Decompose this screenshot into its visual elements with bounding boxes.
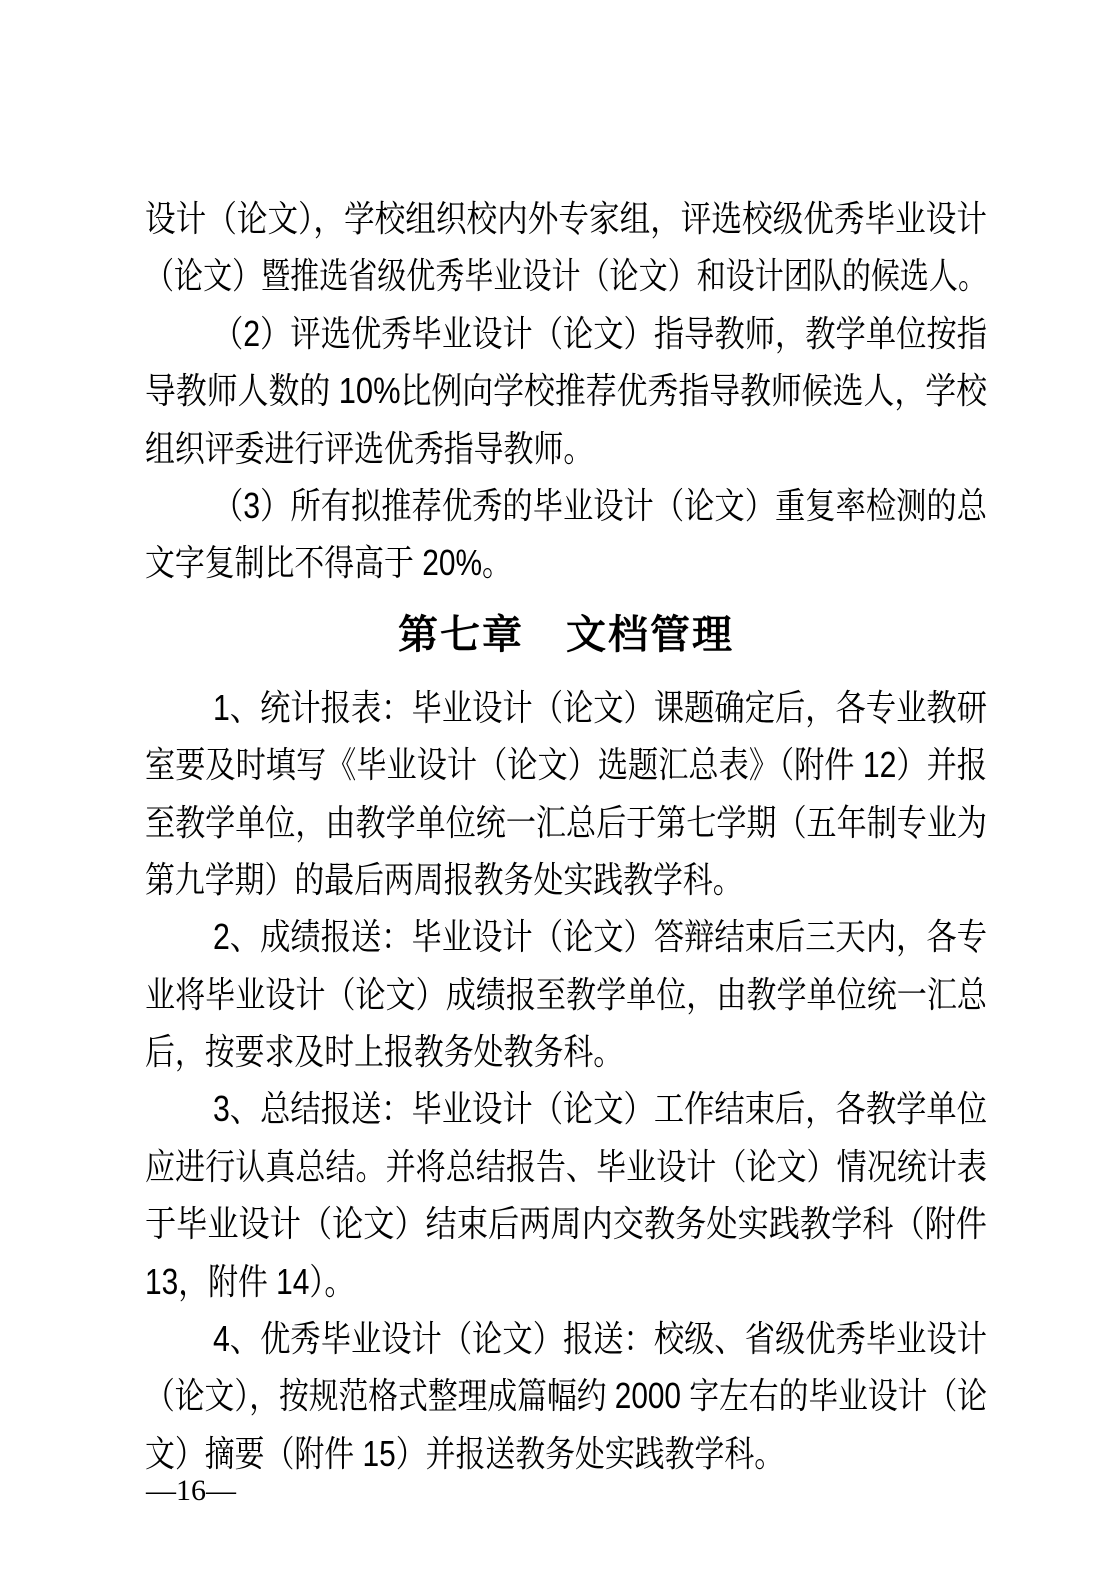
text-line-text: 1、统计报表：毕业设计（论文）课题确定后，各专业教研 [213, 679, 987, 736]
text-line: 文）摘要（附件 15）并报送教务处实践教学科。 [145, 1425, 987, 1482]
text-line-text: （论文），按规范格式整理成篇幅约 2000 字左右的毕业设计（论 [145, 1367, 987, 1424]
chapter-heading: 第七章 文档管理 [145, 605, 987, 665]
text-line-text: 3、总结报送：毕业设计（论文）工作结束后，各教学单位 [213, 1080, 987, 1137]
text-line-text: 导教师人数的 10%比例向学校推荐优秀指导教师候选人，学校 [145, 362, 987, 419]
text-line-text: 业将毕业设计（论文）成绩报至教学单位，由教学单位统一汇总 [145, 966, 987, 1023]
text-line-text: （2）评选优秀毕业设计（论文）指导教师，教学单位按指 [213, 305, 987, 362]
text-line: 文字复制比不得高于 20%。 [145, 534, 987, 591]
text-line-text: 组织评委进行评选优秀指导教师。 [145, 420, 593, 477]
text-line: 设计（论文），学校组织校内外专家组，评选校级优秀毕业设计 [145, 190, 987, 247]
text-line-text: 后，按要求及时上报教务处教务科。 [145, 1023, 623, 1080]
text-line: 组织评委进行评选优秀指导教师。 [145, 420, 987, 477]
text-line: 业将毕业设计（论文）成绩报至教学单位，由教学单位统一汇总 [145, 966, 987, 1023]
document-body: 设计（论文），学校组织校内外专家组，评选校级优秀毕业设计 （论文）暨推选省级优秀… [145, 190, 987, 1482]
text-line: 于毕业设计（论文）结束后两周内交教务处实践教学科（附件 [145, 1195, 987, 1252]
text-line-text: 文字复制比不得高于 20%。 [145, 534, 512, 591]
text-line: 4、优秀毕业设计（论文）报送：校级、省级优秀毕业设计 [145, 1310, 987, 1367]
text-line: （3）所有拟推荐优秀的毕业设计（论文）重复率检测的总 [145, 477, 987, 534]
text-line: （论文）暨推选省级优秀毕业设计（论文）和设计团队的候选人。 [145, 247, 987, 304]
text-line-text: 13，附件 14）。 [145, 1253, 354, 1310]
text-line-text: 4、优秀毕业设计（论文）报送：校级、省级优秀毕业设计 [213, 1310, 987, 1367]
text-line: （2）评选优秀毕业设计（论文）指导教师，教学单位按指 [145, 305, 987, 362]
text-line: 导教师人数的 10%比例向学校推荐优秀指导教师候选人，学校 [145, 362, 987, 419]
text-line: 至教学单位，由教学单位统一汇总后于第七学期（五年制专业为 [145, 794, 987, 851]
text-line-text: 设计（论文），学校组织校内外专家组，评选校级优秀毕业设计 [145, 190, 987, 247]
text-line: 1、统计报表：毕业设计（论文）课题确定后，各专业教研 [145, 679, 987, 736]
text-line-text: 文）摘要（附件 15）并报送教务处实践教学科。 [145, 1425, 784, 1482]
text-line: 2、成绩报送：毕业设计（论文）答辩结束后三天内，各专 [145, 908, 987, 965]
text-line-text: 第九学期）的最后两周报教务处实践教学科。 [145, 851, 743, 908]
text-line: 13，附件 14）。 [145, 1253, 987, 1310]
text-line: 3、总结报送：毕业设计（论文）工作结束后，各教学单位 [145, 1080, 987, 1137]
text-line-text: 2、成绩报送：毕业设计（论文）答辩结束后三天内，各专 [213, 908, 987, 965]
text-line-text: 至教学单位，由教学单位统一汇总后于第七学期（五年制专业为 [145, 794, 987, 851]
text-line: 后，按要求及时上报教务处教务科。 [145, 1023, 987, 1080]
text-line-text: （论文）暨推选省级优秀毕业设计（论文）和设计团队的候选人。 [145, 247, 987, 304]
page-number: —16— [146, 1474, 236, 1508]
text-line: 应进行认真总结。并将总结报告、毕业设计（论文）情况统计表 [145, 1138, 987, 1195]
document-page: 设计（论文），学校组织校内外专家组，评选校级优秀毕业设计 （论文）暨推选省级优秀… [0, 0, 1116, 1574]
text-line-text: 于毕业设计（论文）结束后两周内交教务处实践教学科（附件 [145, 1195, 987, 1252]
text-line: 室要及时填写《毕业设计（论文）选题汇总表》（附件 12）并报 [145, 736, 987, 793]
text-line-text: 应进行认真总结。并将总结报告、毕业设计（论文）情况统计表 [145, 1138, 987, 1195]
text-line: 第九学期）的最后两周报教务处实践教学科。 [145, 851, 987, 908]
text-line-text: 室要及时填写《毕业设计（论文）选题汇总表》（附件 12）并报 [145, 736, 987, 793]
text-line-text: （3）所有拟推荐优秀的毕业设计（论文）重复率检测的总 [213, 477, 987, 534]
text-line: （论文），按规范格式整理成篇幅约 2000 字左右的毕业设计（论 [145, 1367, 987, 1424]
